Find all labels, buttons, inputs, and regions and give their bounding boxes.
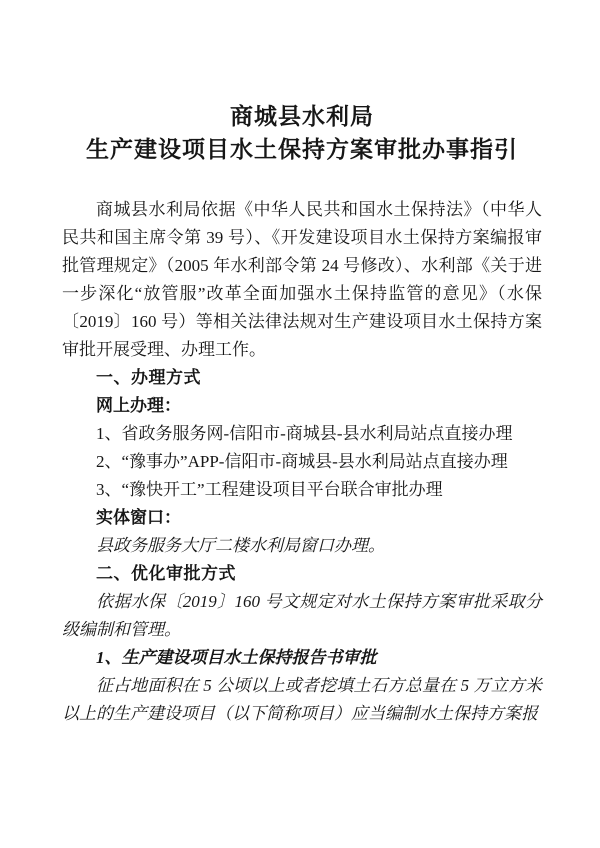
online-item-3: 3、“豫快开工”工程建设项目平台联合审批办理 (62, 476, 542, 504)
section-1-heading: 一、办理方式 (62, 364, 542, 392)
document-title: 商城县水利局 生产建设项目水土保持方案审批办事指引 (62, 100, 542, 166)
document-title-line2: 生产建设项目水土保持方案审批办事指引 (62, 133, 542, 166)
intro-paragraph: 商城县水利局依据《中华人民共和国水土保持法》（中华人民共和国主席令第 39 号）… (62, 196, 542, 364)
subsection-1-heading: 1、生产建设项目水土保持报告书审批 (62, 644, 542, 672)
online-item-1: 1、省政务服务网-信阳市-商城县-县水利局站点直接办理 (62, 420, 542, 448)
subsection-1-text: 征占地面积在 5 公顷以上或者挖填土石方总量在 5 万立方米以上的生产建设项目（… (62, 672, 542, 728)
document-page: 商城县水利局 生产建设项目水土保持方案审批办事指引 商城县水利局依据《中华人民共… (0, 0, 600, 848)
document-title-line1: 商城县水利局 (62, 100, 542, 133)
section-2-intro: 依据水保〔2019〕160 号文规定对水土保持方案审批采取分级编制和管理。 (62, 588, 542, 644)
online-channel-label: 网上办理： (62, 392, 542, 420)
section-2-heading: 二、优化审批方式 (62, 560, 542, 588)
window-channel-text: 县政务服务大厅二楼水利局窗口办理。 (62, 532, 542, 560)
online-item-2: 2、“豫事办”APP-信阳市-商城县-县水利局站点直接办理 (62, 448, 542, 476)
window-channel-label: 实体窗口： (62, 504, 542, 532)
